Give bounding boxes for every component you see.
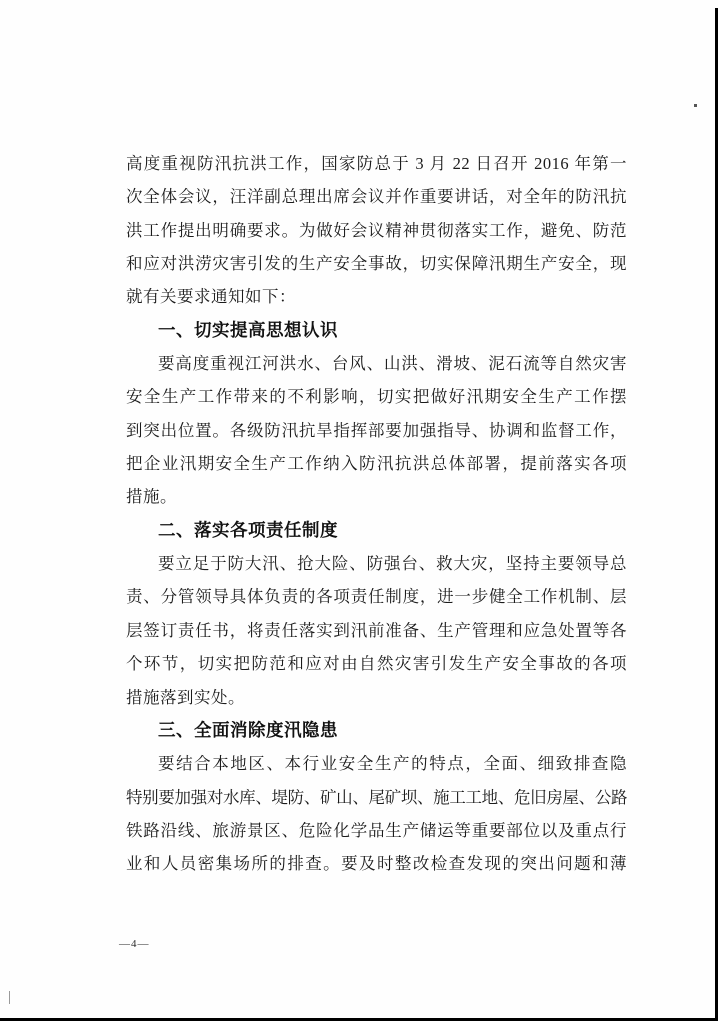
body-line: 安全生产工作带来的不利影响，切实把做好汛期安全生产工作摆 <box>126 380 627 413</box>
body-line: 和应对洪涝灾害引发的生产安全事故，切实保障汛期生产安全，现 <box>126 247 627 280</box>
body-line: 个环节，切实把防范和应对由自然灾害引发生产安全事故的各项 <box>126 647 627 680</box>
body-line: 要结合本地区、本行业安全生产的特点，全面、细致排查隐患， <box>126 747 627 780</box>
body-line: 铁路沿线、旅游景区、危险化学品生产储运等重要部位以及重点行 <box>126 814 627 847</box>
scan-speck-dot <box>694 104 697 107</box>
body-line: 就有关要求通知如下： <box>126 280 627 313</box>
body-line: 要高度重视江河洪水、台风、山洪、滑坡、泥石流等自然灾害给 <box>126 347 627 380</box>
scan-speck-line <box>9 991 10 1004</box>
body-line: 高度重视防汛抗洪工作，国家防总于 3 月 22 日召开 2016 年第一 <box>126 147 627 180</box>
body-line: 措施落到实处。 <box>126 681 627 714</box>
body-line: 层签订责任书，将责任落实到汛前准备、生产管理和应急处置等各 <box>126 614 627 647</box>
body-line: 次全体会议，汪洋副总理出席会议并作重要讲话，对全年的防汛抗 <box>126 180 627 213</box>
body-line: 业和人员密集场所的排查。要及时整改检查发现的突出问题和薄 <box>126 847 627 880</box>
body-line: 洪工作提出明确要求。为做好会议精神贯彻落实工作，避免、防范 <box>126 214 627 247</box>
section-1-heading: 一、切实提高思想认识 <box>126 314 627 347</box>
section-3-heading: 三、全面消除度汛隐患 <box>126 714 627 747</box>
body-line: 要立足于防大汛、抢大险、防强台、救大灾，坚持主要领导总负 <box>126 547 627 580</box>
body-line: 责、分管领导具体负责的各项责任制度，进一步健全工作机制、层 <box>126 580 627 613</box>
scanned-document-page: 高度重视防汛抗洪工作，国家防总于 3 月 22 日召开 2016 年第一 次全体… <box>0 0 718 1021</box>
body-line: 把企业汛期安全生产工作纳入防汛抗洪总体部署，提前落实各项 <box>126 447 627 480</box>
body-line: 特别要加强对水库、堤防、矿山、尾矿坝、施工工地、危旧房屋、公路 <box>126 781 627 814</box>
page-number: —4— <box>119 938 150 950</box>
section-2-heading: 二、落实各项责任制度 <box>126 514 627 547</box>
body-line: 措施。 <box>126 480 627 513</box>
document-body: 高度重视防汛抗洪工作，国家防总于 3 月 22 日召开 2016 年第一 次全体… <box>126 147 627 881</box>
body-line: 到突出位置。各级防汛抗旱指挥部要加强指导、协调和监督工作， <box>126 414 627 447</box>
